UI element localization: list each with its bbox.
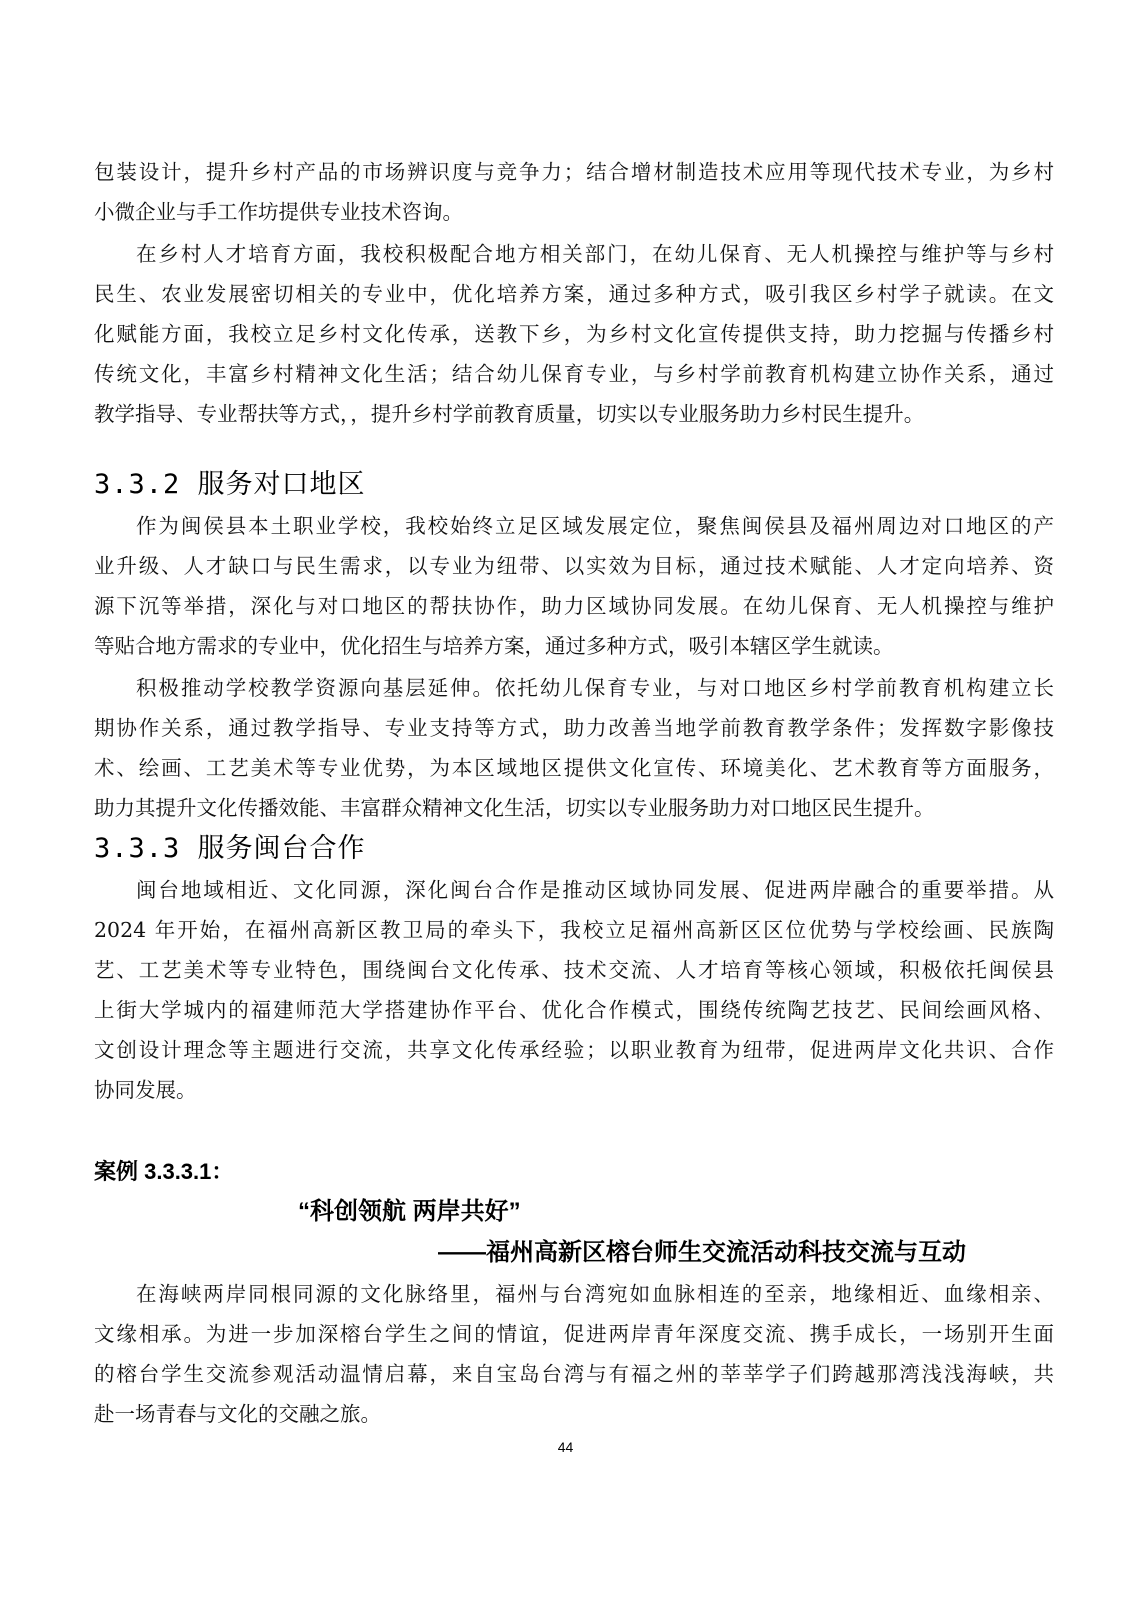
- paragraph-line: 的榕台学生交流参观活动温情启幕，来自宝岛台湾与有福之州的莘莘学子们跨越那湾浅浅海…: [94, 1360, 1054, 1388]
- paragraph-line: 小微企业与手工作坊提供专业技术咨询。: [94, 198, 1054, 226]
- paragraph-line: 等贴合地方需求的专业中，优化招生与培养方案，通过多种方式，吸引本辖区学生就读。: [94, 632, 1054, 660]
- paragraph-line: 期协作关系，通过教学指导、专业支持等方式，助力改善当地学前教育教学条件；发挥数字…: [94, 714, 1054, 742]
- paragraph-line: 艺、工艺美术等专业特色，围绕闽台文化传承、技术交流、人才培育等核心领域，积极依托…: [94, 956, 1054, 984]
- case-title: “科创领航 两岸共好”: [298, 1196, 521, 1228]
- paragraph-line: 作为闽侯县本土职业学校，我校始终立足区域发展定位，聚焦闽侯县及福州周边对口地区的…: [136, 512, 1054, 540]
- paragraph-line: 文缘相承。为进一步加深榕台学生之间的情谊，促进两岸青年深度交流、携手成长，一场别…: [94, 1320, 1054, 1348]
- case-label: 案例 3.3.3.1：: [94, 1157, 233, 1187]
- paragraph-line: 传统文化，丰富乡村精神文化生活；结合幼儿保育专业，与乡村学前教育机构建立协作关系…: [94, 360, 1054, 388]
- paragraph-line: 赴一场青春与文化的交融之旅。: [94, 1400, 1054, 1428]
- paragraph-line: 源下沉等举措，深化与对口地区的帮扶协作，助力区域协同发展。在幼儿保育、无人机操控…: [94, 592, 1054, 620]
- paragraph-line: 业升级、人才缺口与民生需求，以专业为纽带、以实效为目标，通过技术赋能、人才定向培…: [94, 552, 1054, 580]
- document-page: 包装设计，提升乡村产品的市场辨识度与竞争力；结合增材制造技术应用等现代技术专业，…: [0, 0, 1131, 1600]
- page-number: 44: [0, 1438, 1131, 1456]
- section-heading-3-3-2: 3.3.2 服务对口地区: [94, 468, 366, 502]
- paragraph-line: 闽台地域相近、文化同源，深化闽台合作是推动区域协同发展、促进两岸融合的重要举措。…: [136, 876, 1054, 904]
- paragraph-line: 包装设计，提升乡村产品的市场辨识度与竞争力；结合增材制造技术应用等现代技术专业，…: [94, 158, 1054, 186]
- paragraph-line: 积极推动学校教学资源向基层延伸。依托幼儿保育专业，与对口地区乡村学前教育机构建立…: [136, 674, 1054, 702]
- paragraph-line: 助力其提升文化传播效能、丰富群众精神文化生活，切实以专业服务助力对口地区民生提升…: [94, 794, 1054, 822]
- paragraph-line: 上街大学城内的福建师范大学搭建协作平台、优化合作模式，围绕传统陶艺技艺、民间绘画…: [94, 996, 1054, 1024]
- paragraph-line: 化赋能方面，我校立足乡村文化传承，送教下乡，为乡村文化宣传提供支持，助力挖掘与传…: [94, 320, 1054, 348]
- paragraph-line: 文创设计理念等主题进行交流，共享文化传承经验；以职业教育为纽带，促进两岸文化共识…: [94, 1036, 1054, 1064]
- paragraph-line: 术、绘画、工艺美术等专业优势，为本区域地区提供文化宣传、环境美化、艺术教育等方面…: [94, 754, 1054, 782]
- paragraph-line: 在乡村人才培育方面，我校积极配合地方相关部门，在幼儿保育、无人机操控与维护等与乡…: [136, 240, 1054, 268]
- case-subtitle: ——福州高新区榕台师生交流活动科技交流与互动: [438, 1237, 966, 1269]
- paragraph-line: 在海峡两岸同根同源的文化脉络里，福州与台湾宛如血脉相连的至亲，地缘相近、血缘相亲…: [136, 1280, 1054, 1308]
- paragraph-line: 民生、农业发展密切相关的专业中，优化培养方案，通过多种方式，吸引我区乡村学子就读…: [94, 280, 1054, 308]
- paragraph-line: 协同发展。: [94, 1076, 1054, 1104]
- section-heading-3-3-3: 3.3.3 服务闽台合作: [94, 832, 366, 866]
- paragraph-line: 教学指导、专业帮扶等方式，，提升乡村学前教育质量，切实以专业服务助力乡村民生提升…: [94, 400, 1054, 428]
- paragraph-line: 2024 年开始，在福州高新区教卫局的牵头下，我校立足福州高新区区位优势与学校绘…: [94, 916, 1054, 944]
